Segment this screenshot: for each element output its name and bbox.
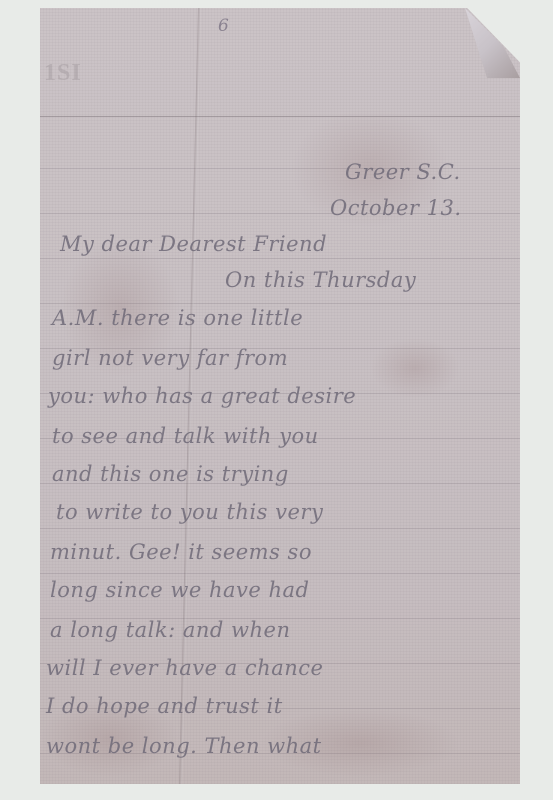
letter-line: wont be long. Then what bbox=[46, 734, 322, 758]
horizontal-fold-crease bbox=[40, 116, 520, 117]
letter-line: long since we have had bbox=[50, 578, 309, 602]
letter-salutation: My dear Dearest Friend bbox=[60, 232, 327, 256]
letter-place: Greer S.C. bbox=[345, 160, 461, 184]
ruled-line bbox=[40, 303, 520, 304]
letter-line: will I ever have a chance bbox=[46, 656, 323, 680]
letter-line: and this one is trying bbox=[52, 462, 289, 486]
letter-date: October 13. bbox=[330, 196, 462, 220]
letter-line: I do hope and trust it bbox=[46, 694, 283, 718]
letter-line: you: who has a great desire bbox=[48, 384, 356, 408]
ruled-line bbox=[40, 258, 520, 259]
letter-line: minut. Gee! it seems so bbox=[50, 540, 312, 564]
faint-stamp-text: 1SI bbox=[44, 60, 82, 87]
letter-line: to see and talk with you bbox=[52, 424, 319, 448]
letter-line: A.M. there is one little bbox=[52, 306, 303, 330]
ruled-line bbox=[40, 573, 520, 574]
letter-line: a long talk: and when bbox=[50, 618, 290, 642]
ruled-line bbox=[40, 528, 520, 529]
letter-line: girl not very far from bbox=[52, 346, 288, 370]
letter-line: On this Thursday bbox=[225, 268, 416, 292]
letter-line: to write to you this very bbox=[56, 500, 323, 524]
age-stain bbox=[370, 338, 460, 398]
page-number: 6 bbox=[218, 16, 229, 36]
